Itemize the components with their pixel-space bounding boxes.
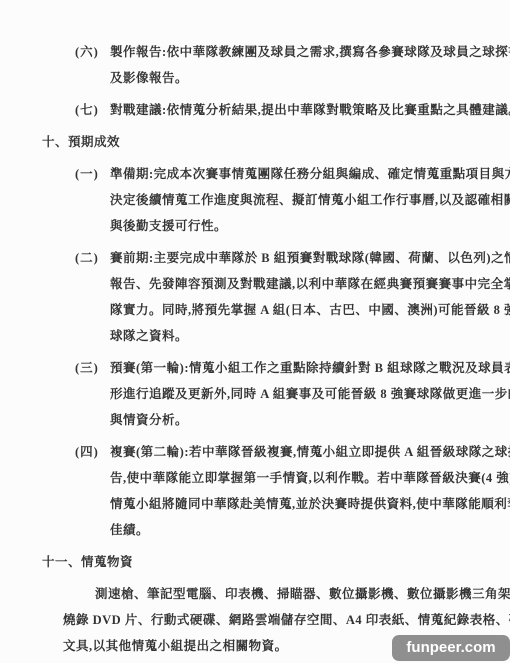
item-10-3: (三)預賽(第一輪):情蒐小組工作之重點除持續針對 B 組球隊之戰況及球員表現情… (110, 355, 510, 433)
text-line: 與後勤支援可行性。 (110, 213, 510, 239)
item-6: (六)製作報告:依中華隊教練團及球員之需求,撰寫各參賽球隊及球員之球探書面 及影… (110, 39, 510, 91)
text-line: 決定後續情蒐工作進度與流程、擬訂情蒐小組工作行事曆,以及認確相關行政 (110, 187, 510, 213)
text-line: (二)賽前期:主要完成中華隊於 B 組預賽對戰球隊(韓國、荷蘭、以色列)之情蒐 (75, 245, 510, 271)
item-label: (二) (75, 245, 110, 271)
text-line: (七)對戰建議:依情蒐分析結果,提出中華隊對戰策略及比賽重點之具體建議。 (75, 97, 510, 123)
item-text: 對戰建議:依情蒐分析結果,提出中華隊對戰策略及比賽重點之具體建議。 (110, 103, 510, 117)
item-text: 準備期:完成本次賽事情蒐團隊任務分組與編成、確定情蒐重點項目與方向、 (110, 167, 510, 181)
item-label: (一) (75, 161, 110, 187)
item-10-4: (四)複賽(第二輪):若中華隊晉級複賽,情蒐小組立即提供 A 組晉級球隊之球探報… (110, 439, 510, 543)
item-label: (三) (75, 355, 110, 381)
item-text: 預賽(第一輪):情蒐小組工作之重點除持續針對 B 組球隊之戰況及球員表現情 (110, 361, 510, 375)
text-line: (六)製作報告:依中華隊教練團及球員之需求,撰寫各參賽球隊及球員之球探書面 (75, 39, 510, 65)
text-line: 佳績。 (110, 517, 510, 543)
text-line: (四)複賽(第二輪):若中華隊晉級複賽,情蒐小組立即提供 A 組晉級球隊之球探報 (75, 439, 510, 465)
text-line: (一)準備期:完成本次賽事情蒐團隊任務分組與編成、確定情蒐重點項目與方向、 (75, 161, 510, 187)
text-line: 形進行追蹤及更新外,同時 A 組賽事及可能晉級 8 強賽球隊做更進一步的評估 (110, 381, 510, 407)
section-10-heading: 十、預期成效 (42, 129, 510, 155)
text-line: 燒錄 DVD 片、行動式硬碟、網路雲端儲存空間、A4 印表紙、情蒐紀錄表格、碼錶… (63, 607, 510, 633)
item-7: (七)對戰建議:依情蒐分析結果,提出中華隊對戰策略及比賽重點之具體建議。 (110, 97, 510, 123)
item-label: (七) (75, 97, 110, 123)
text-line: 隊實力。同時,將預先掌握 A 組(日本、古巴、中國、澳洲)可能晉級 8 強賽 (110, 297, 510, 323)
text-line: 告,使中華隊能立即掌握第一手情資,以利作戰。若中華隊晉級決賽(4 強), (110, 465, 510, 491)
item-label: (六) (75, 39, 110, 65)
item-10-1: (一)準備期:完成本次賽事情蒐團隊任務分組與編成、確定情蒐重點項目與方向、 決定… (110, 161, 510, 239)
item-text: 複賽(第二輪):若中華隊晉級複賽,情蒐小組立即提供 A 組晉級球隊之球探報 (110, 445, 510, 459)
text-line: (三)預賽(第一輪):情蒐小組工作之重點除持續針對 B 組球隊之戰況及球員表現情 (75, 355, 510, 381)
watermark-badge: funpeer.com (392, 635, 510, 661)
text-line: 及影像報告。 (110, 65, 510, 91)
item-text: 賽前期:主要完成中華隊於 B 組預賽對戰球隊(韓國、荷蘭、以色列)之情蒐 (110, 251, 510, 265)
watermark-text: funpeer.com (406, 639, 495, 656)
item-10-2: (二)賽前期:主要完成中華隊於 B 組預賽對戰球隊(韓國、荷蘭、以色列)之情蒐 … (110, 245, 510, 349)
text-line: 測速槍、筆記型電腦、印表機、掃瞄器、數位攝影機、數位攝影機三角架、空白 (63, 581, 510, 607)
item-text: 製作報告:依中華隊教練團及球員之需求,撰寫各參賽球隊及球員之球探書面 (110, 45, 510, 59)
document-page: (六)製作報告:依中華隊教練團及球員之需求,撰寫各參賽球隊及球員之球探書面 及影… (0, 0, 510, 659)
item-label: (四) (75, 439, 110, 465)
text-line: 與情資分析。 (110, 407, 510, 433)
text-line: 情蒐小組將隨同中華隊赴美情蒐,並於決賽時提供資料,使中華隊能順利奪得 (110, 491, 510, 517)
text-line: 報告、先發陣容預測及對戰建議,以利中華隊在經典賽預賽賽事中完全掌握各 (110, 271, 510, 297)
section-11-heading: 十一、情蒐物資 (42, 549, 510, 575)
text-line: 球隊之資料。 (110, 323, 510, 349)
